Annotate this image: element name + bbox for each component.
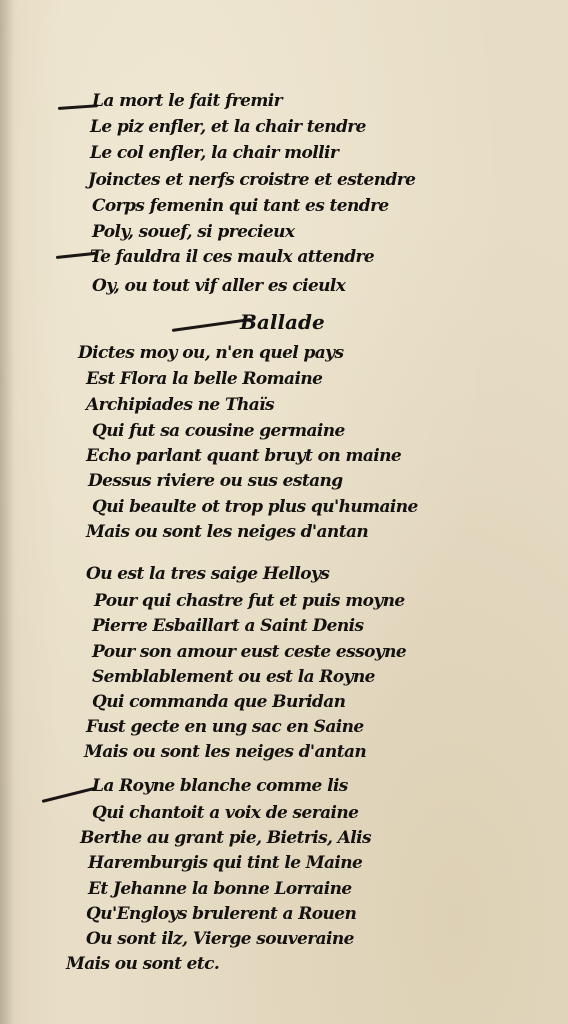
page-edge-shadow (0, 0, 14, 1024)
manuscript-line: Pour qui chastre fut et puis moyne (94, 591, 405, 611)
manuscript-line: Mais ou sont les neiges d'antan (84, 742, 366, 762)
manuscript-line: La mort le fait fremir (92, 91, 282, 111)
manuscript-line: Pour son amour eust ceste essoyne (92, 642, 406, 662)
manuscript-line: Qui commanda que Buridan (92, 692, 345, 712)
manuscript-line: Dictes moy ou, n'en quel pays (78, 343, 343, 363)
manuscript-line: La Royne blanche comme lis (92, 776, 348, 796)
manuscript-line: Corps femenin qui tant es tendre (92, 196, 389, 216)
manuscript-line: Pierre Esbaillart a Saint Denis (92, 616, 363, 636)
manuscript-line: Semblablement ou est la Royne (92, 667, 375, 687)
manuscript-line: Dessus riviere ou sus estang (88, 471, 343, 491)
manuscript-line: Qu'Engloys brulerent a Rouen (86, 904, 356, 924)
manuscript-line: Poly, souef, si precieux (92, 222, 294, 242)
manuscript-line: Haremburgis qui tint le Maine (88, 853, 362, 873)
manuscript-line: Qui beaulte ot trop plus qu'humaine (92, 497, 418, 517)
manuscript-line: Est Flora la belle Romaine (86, 369, 322, 389)
manuscript-line: Archipiades ne Thaïs (86, 395, 274, 415)
manuscript-line: Le piz enfler, et la chair tendre (90, 117, 366, 137)
manuscript-line: Fust gecte en ung sac en Saine (86, 717, 364, 737)
initial-flourish (42, 786, 97, 802)
manuscript-line: Te fauldra il ces maulx attendre (90, 247, 374, 267)
manuscript-line: Mais ou sont les neiges d'antan (86, 522, 368, 542)
manuscript-line: Mais ou sont etc. (66, 954, 219, 974)
manuscript-line: Qui chantoit a voix de seraine (92, 803, 358, 823)
section-heading: Ballade (240, 310, 325, 334)
manuscript-line: Joinctes et nerfs croistre et estendre (88, 170, 415, 190)
manuscript-line: Et Jehanne la bonne Lorraine (88, 879, 352, 899)
manuscript-page: La mort le fait fremir Le piz enfler, et… (0, 0, 568, 1024)
manuscript-line: Ou sont ilz, Vierge souveraine (86, 929, 354, 949)
manuscript-line: Berthe au grant pie, Bietris, Alis (80, 828, 371, 848)
manuscript-line: Le col enfler, la chair mollir (90, 143, 338, 163)
manuscript-line: Ou est la tres saige Helloys (86, 564, 329, 584)
manuscript-line: Oy, ou tout vif aller es cieulx (92, 276, 345, 296)
manuscript-line: Echo parlant quant bruyt on maine (86, 446, 401, 466)
manuscript-line: Qui fut sa cousine germaine (92, 421, 345, 441)
